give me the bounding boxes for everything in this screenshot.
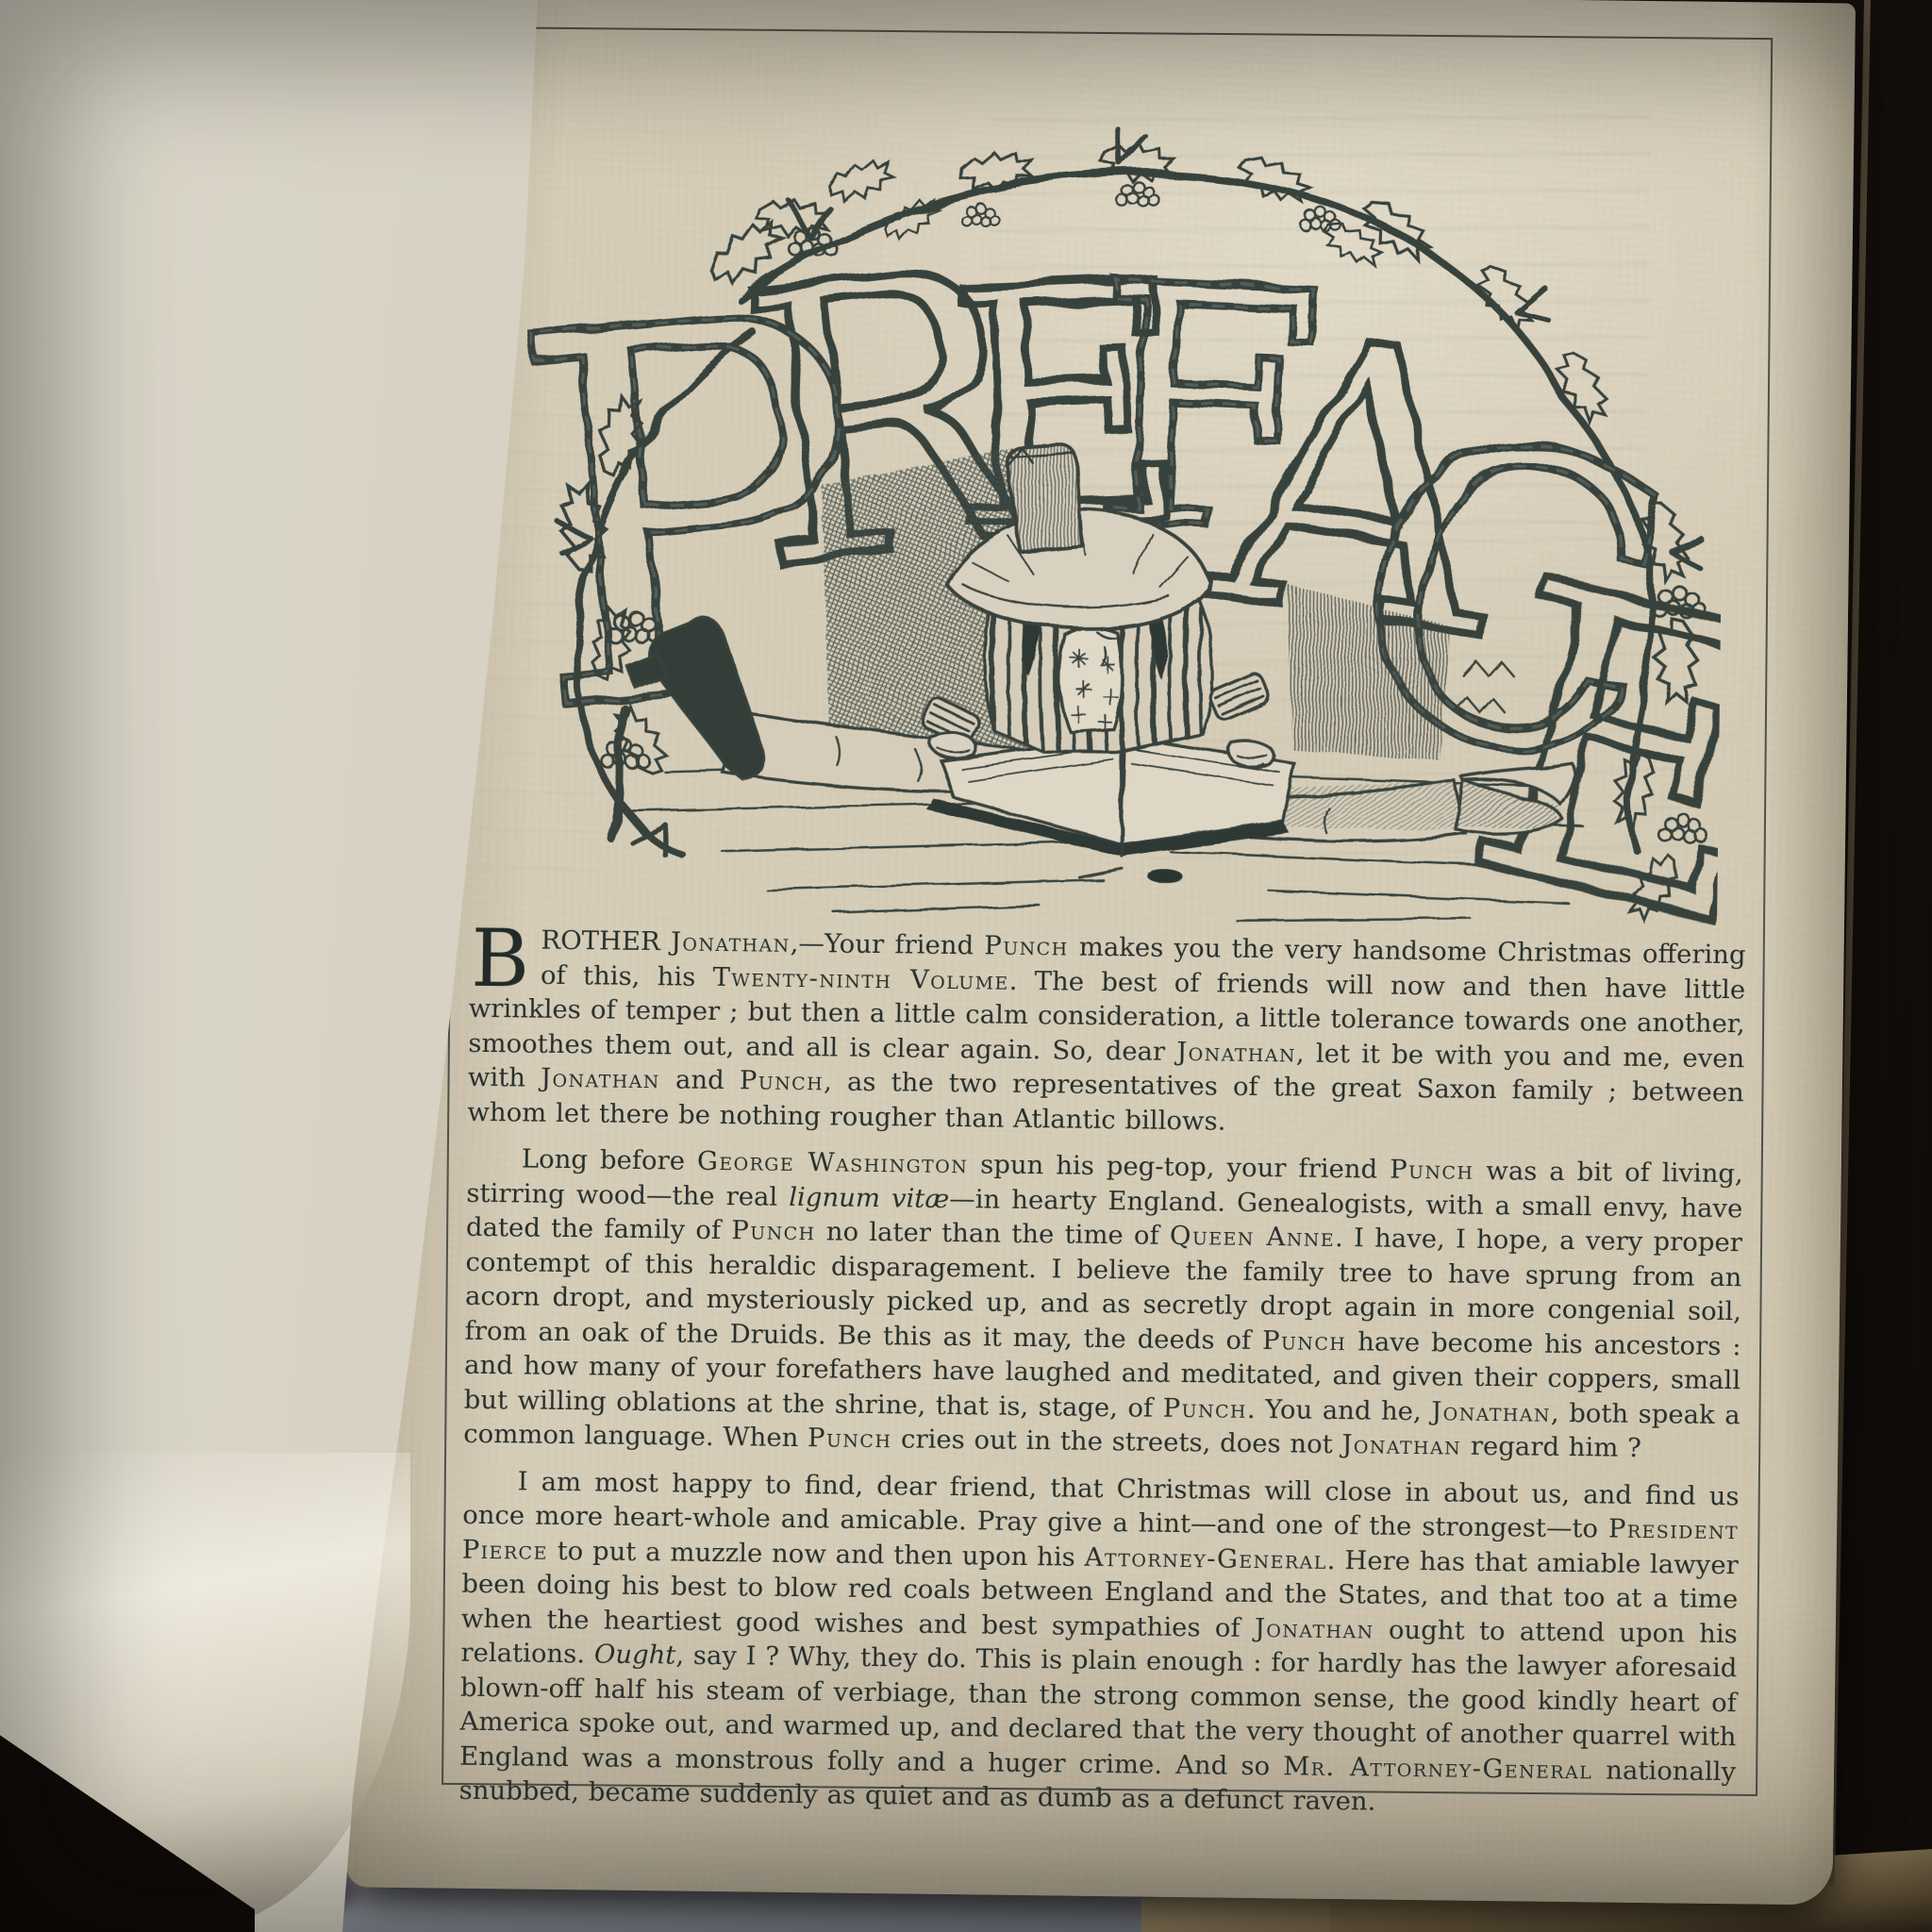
paragraph-2: Long before George Washington spun his p…: [463, 1141, 1743, 1467]
jabot: [1059, 627, 1123, 733]
drop-cap: B: [471, 929, 529, 989]
ink-spill: [1147, 870, 1183, 883]
text-segment: Mr. Attorney-General: [1283, 1751, 1592, 1785]
text-segment: regard him ?: [1461, 1431, 1641, 1463]
preface-text: BROTHER Jonathan,—Your friend Punch make…: [458, 923, 1745, 1824]
text-segment: cries out in the streets, does not: [891, 1424, 1342, 1459]
text-segment: Punch: [1163, 1392, 1248, 1424]
right-hand: [1228, 741, 1274, 767]
paragraph-1: BROTHER Jonathan,—Your friend Punch make…: [467, 923, 1746, 1145]
text-segment: ROTHER: [541, 925, 671, 958]
text-segment: Jonathan: [1341, 1429, 1461, 1461]
text-segment: and: [660, 1064, 740, 1095]
text-segment: Ought: [594, 1639, 676, 1670]
text-segment: Jonathan: [541, 1063, 660, 1095]
text-segment: ,—Your friend: [791, 928, 985, 961]
paragraph-3: I am most happy to find, dear friend, th…: [458, 1463, 1739, 1824]
text-segment: George Washington: [697, 1146, 969, 1180]
text-segment: to put a muzzle now and then upon his: [548, 1535, 1085, 1572]
quill: [1079, 869, 1123, 878]
text-segment: lignum vitæ: [789, 1181, 949, 1213]
text-segment: Punch: [808, 1423, 892, 1454]
text-segment: no later than the time of: [815, 1216, 1170, 1251]
text-segment: Jonathan: [1431, 1396, 1551, 1428]
text-segment: Jonathan: [1176, 1036, 1296, 1068]
text-segment: Punch: [731, 1215, 816, 1246]
text-segment: Long before: [522, 1143, 697, 1175]
text-segment: Punch: [984, 930, 1069, 961]
text-segment: . You and he,: [1247, 1393, 1432, 1425]
text-segment: I am most happy to find, dear friend, th…: [462, 1466, 1740, 1544]
book-page: P R E F A C E P F C: [346, 0, 1856, 1905]
text-segment: Punch: [740, 1065, 824, 1096]
preface-illustration: P R E F A C E P F C: [509, 92, 1727, 938]
text-segment: Punch: [1390, 1155, 1474, 1186]
text-segment: Twenty-ninth Volume: [712, 961, 1008, 995]
text-segment: Punch: [1262, 1325, 1347, 1357]
text-segment: Attorney-General: [1084, 1541, 1327, 1574]
photo-scene: P R E F A C E P F C: [0, 0, 1932, 1932]
text-segment: Jonathan: [1255, 1612, 1374, 1644]
text-segment: Queen Anne: [1170, 1221, 1336, 1253]
left-hand: [929, 733, 976, 758]
text-segment: spun his peg-top, your friend: [968, 1149, 1390, 1184]
text-segment: Jonathan: [671, 926, 791, 958]
